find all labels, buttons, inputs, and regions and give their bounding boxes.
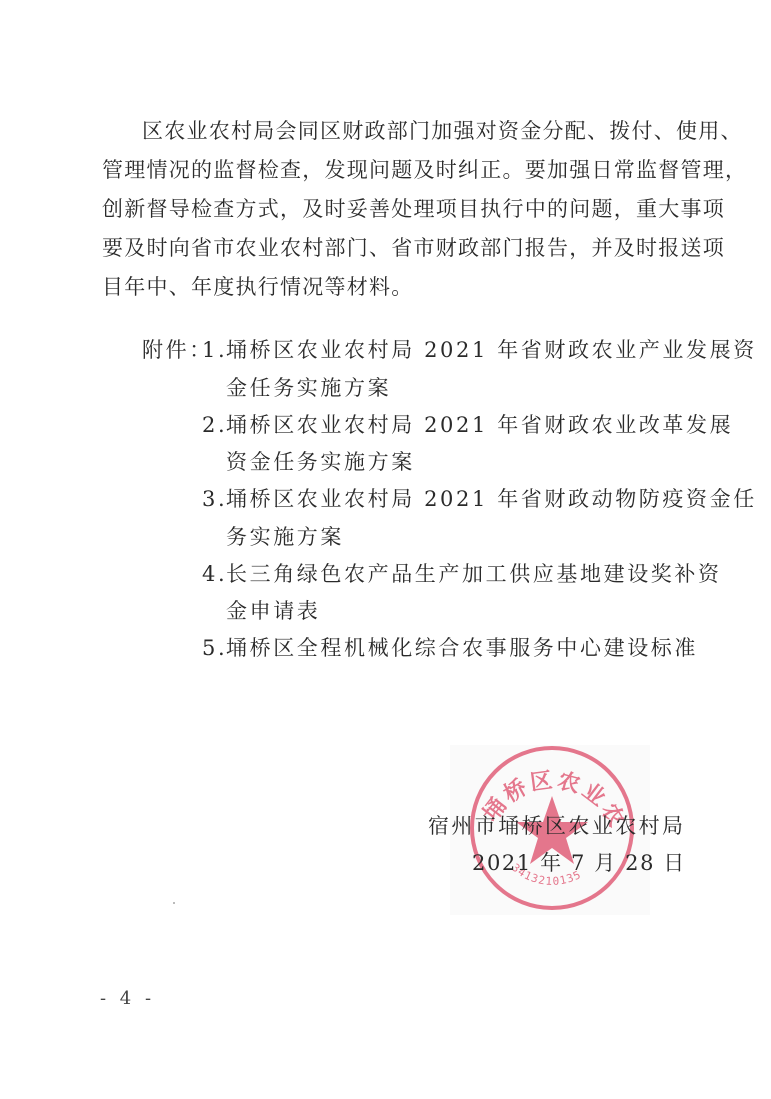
document-page: 区农业农村局会同区财政部门加强对资金分配、拨付、使用、 管理情况的监督检查，发现…	[0, 0, 771, 1099]
attachment-number: 3.	[202, 487, 227, 511]
attachment-title-cont: 金申请表	[226, 599, 320, 623]
scan-speck	[173, 902, 175, 904]
paragraph-line: 管理情况的监督检查，发现问题及时纠正。要加强日常监督管理，	[102, 158, 747, 182]
paragraph-line: 创新督导检查方式，及时妥善处理项目执行中的问题，重大事项	[102, 197, 725, 221]
attachment-title: 埇桥区农业农村局 2021 年省财政农业改革发展	[226, 413, 733, 437]
attachment-title-cont: 金任务实施方案	[226, 376, 391, 400]
attachment-number: 4.	[202, 562, 227, 586]
attachment-title: 埇桥区农业农村局 2021 年省财政动物防疫资金任	[226, 487, 757, 511]
attachment-title: 埇桥区农业农村局 2021 年省财政农业产业发展资	[226, 338, 757, 362]
paragraph-line: 要及时向省市农业农村部门、省市财政部门报告，并及时报送项	[102, 236, 725, 260]
attachment-title-cont: 务实施方案	[226, 525, 344, 549]
issuing-organization: 宿州市埇桥区农业农村局	[428, 814, 685, 838]
attachment-number: 5.	[202, 636, 227, 660]
attachment-title: 埇桥区全程机械化综合农事服务中心建设标准	[226, 636, 698, 660]
paragraph-line: 目年中、年度执行情况等材料。	[102, 275, 414, 299]
attachment-title: 长三角绿色农产品生产加工供应基地建设奖补资	[226, 562, 722, 586]
issue-date: 2021 年 7 月 28 日	[472, 851, 686, 875]
attachment-title-cont: 资金任务实施方案	[226, 450, 415, 474]
paragraph-line: 区农业农村局会同区财政部门加强对资金分配、拨付、使用、	[142, 119, 743, 143]
attachment-number: 2.	[202, 413, 227, 437]
attachment-number: 1.	[202, 338, 227, 362]
page-number: - 4 -	[100, 988, 155, 1009]
